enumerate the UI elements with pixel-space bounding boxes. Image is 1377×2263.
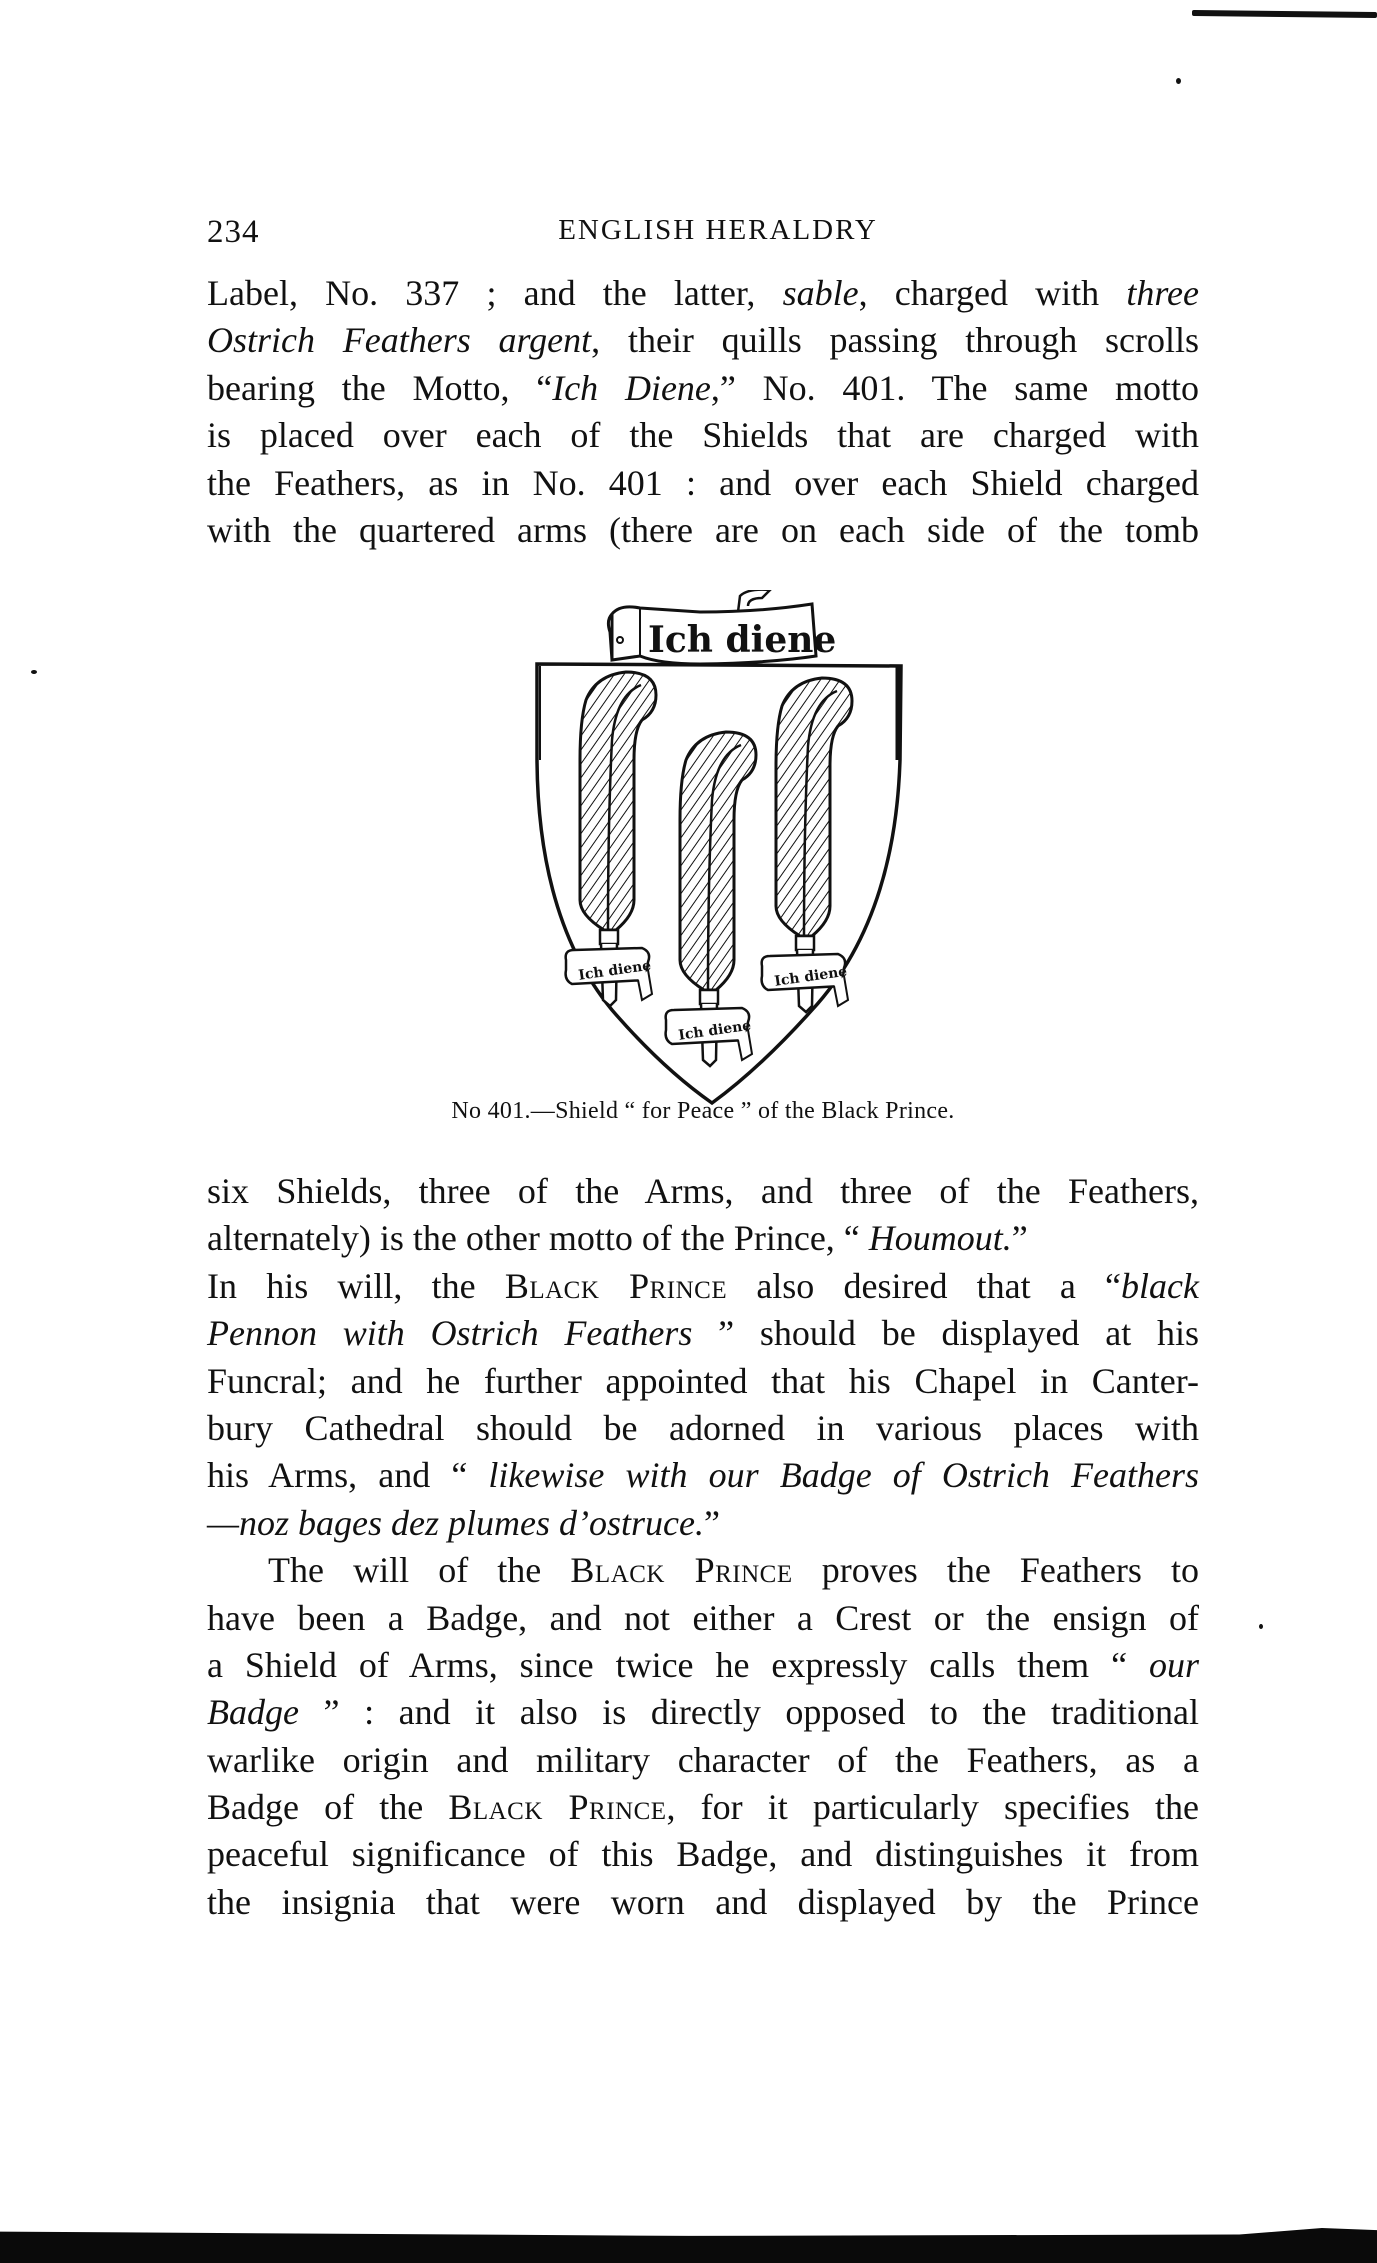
text-line: bearing the Motto, “Ich Diene,” No. 401.… xyxy=(207,365,1199,412)
scan-speck xyxy=(1259,1624,1263,1629)
text-run: , their quills passing through scrolls xyxy=(591,320,1199,360)
text-run: ” xyxy=(704,1503,720,1543)
italic-text: likewise with our Badge of Ostrich Feath… xyxy=(488,1455,1199,1495)
scan-speck xyxy=(1176,78,1181,84)
italic-text: Ostrich Feathers argent xyxy=(207,320,591,360)
small-caps-text: Black Prince xyxy=(570,1550,792,1590)
text-run: warlike origin and military character of… xyxy=(207,1740,1199,1780)
scan-speck xyxy=(31,670,37,674)
running-head: 234 ENGLISH HERALDRY xyxy=(207,214,1199,260)
figure-caption: No 401.—Shield “ for Peace ” of the Blac… xyxy=(207,1098,1199,1125)
italic-text: Ich Diene xyxy=(552,368,711,408)
text-line: In his will, the Black Prince also desir… xyxy=(207,1263,1199,1310)
text-line: alternately) is the other motto of the P… xyxy=(207,1215,1199,1262)
text-run: alternately) is the other motto of the P… xyxy=(207,1218,869,1258)
text-line: —noz bages dez plumes d’ostruce.” xyxy=(207,1500,1199,1547)
small-caps-text: Black Prince xyxy=(505,1266,727,1306)
text-run: Funcral; and he further appointed that h… xyxy=(207,1361,1199,1401)
text-line: The will of the Black Prince proves the … xyxy=(207,1547,1199,1594)
text-run: , for it particularly specifies the xyxy=(667,1787,1199,1827)
italic-text: black xyxy=(1121,1266,1199,1306)
text-run: ” should be displayed at his xyxy=(692,1313,1199,1353)
text-run: , charged with xyxy=(859,273,1127,313)
scan-edge-mark-top xyxy=(1192,10,1377,18)
italic-text: three xyxy=(1126,273,1199,313)
running-title: ENGLISH HERALDRY xyxy=(207,214,1199,247)
text-line: is placed over each of the Shields that … xyxy=(207,412,1199,459)
italic-text: Pennon with Ostrich Feathers xyxy=(207,1313,692,1353)
text-run: peaceful significance of this Badge, and… xyxy=(207,1834,1199,1874)
text-line: a Shield of Arms, since twice he express… xyxy=(207,1642,1199,1689)
text-line: peaceful significance of this Badge, and… xyxy=(207,1831,1199,1878)
text-line: bury Cathedral should be adorned in vari… xyxy=(207,1405,1199,1452)
text-line: warlike origin and military character of… xyxy=(207,1737,1199,1784)
text-run: a Shield of Arms, since twice he express… xyxy=(207,1645,1149,1685)
italic-text: sable xyxy=(783,273,859,313)
text-line: have been a Badge, and not either a Cres… xyxy=(207,1595,1199,1642)
text-line: Label, No. 337 ; and the latter, sable, … xyxy=(207,270,1199,317)
text-run: Label, No. 337 ; and the latter, xyxy=(207,273,783,313)
text-line: Badge of the Black Prince, for it partic… xyxy=(207,1784,1199,1831)
italic-text: —noz bages dez plumes d’ostruce. xyxy=(207,1503,704,1543)
text-run: with the quartered arms (there are on ea… xyxy=(207,510,1199,550)
text-run: bearing the Motto, “ xyxy=(207,368,552,408)
text-line: six Shields, three of the Arms, and thre… xyxy=(207,1168,1199,1215)
text-run: ,” No. 401. The same motto xyxy=(711,368,1199,408)
text-run: six Shields, three of the Arms, and thre… xyxy=(207,1171,1199,1211)
text-run: is placed over each of the Shields that … xyxy=(207,415,1199,455)
text-run: ” xyxy=(1012,1218,1028,1258)
text-run: also desired that a “ xyxy=(727,1266,1121,1306)
text-run: proves the Feathers to xyxy=(793,1550,1199,1590)
shield-figure: Ich diene Ich diene xyxy=(530,590,910,1110)
body-text-bottom: six Shields, three of the Arms, and thre… xyxy=(207,1168,1199,1926)
scan-edge-band-bottom xyxy=(0,2228,1377,2263)
banner-motto-text: Ich diene xyxy=(648,619,836,661)
small-caps-text: Black Prince xyxy=(448,1787,666,1827)
text-line: the Feathers, as in No. 401 : and over e… xyxy=(207,460,1199,507)
text-line: the insignia that were worn and displaye… xyxy=(207,1879,1199,1926)
text-run: bury Cathedral should be adorned in vari… xyxy=(207,1408,1199,1448)
text-run: the insignia that were worn and displaye… xyxy=(207,1882,1199,1922)
text-run: have been a Badge, and not either a Cres… xyxy=(207,1598,1199,1638)
text-run: ” : and it also is directly opposed to t… xyxy=(299,1692,1199,1732)
italic-text: Houmout. xyxy=(869,1218,1012,1258)
text-run: his Arms, and “ xyxy=(207,1455,488,1495)
italic-text: our xyxy=(1149,1645,1199,1685)
text-run: Badge of the xyxy=(207,1787,448,1827)
text-line: with the quartered arms (there are on ea… xyxy=(207,507,1199,554)
text-run: In his will, the xyxy=(207,1266,505,1306)
text-line: his Arms, and “ likewise with our Badge … xyxy=(207,1452,1199,1499)
text-line: Badge ” : and it also is directly oppose… xyxy=(207,1689,1199,1736)
italic-text: Badge xyxy=(207,1692,299,1732)
body-text-top: Label, No. 337 ; and the latter, sable, … xyxy=(207,270,1199,554)
text-line: Funcral; and he further appointed that h… xyxy=(207,1358,1199,1405)
text-line: Pennon with Ostrich Feathers ” should be… xyxy=(207,1310,1199,1357)
text-line: Ostrich Feathers argent, their quills pa… xyxy=(207,317,1199,364)
text-run: The will of the xyxy=(268,1550,570,1590)
text-run: the Feathers, as in No. 401 : and over e… xyxy=(207,463,1199,503)
motto-banner: Ich diene xyxy=(608,590,836,664)
